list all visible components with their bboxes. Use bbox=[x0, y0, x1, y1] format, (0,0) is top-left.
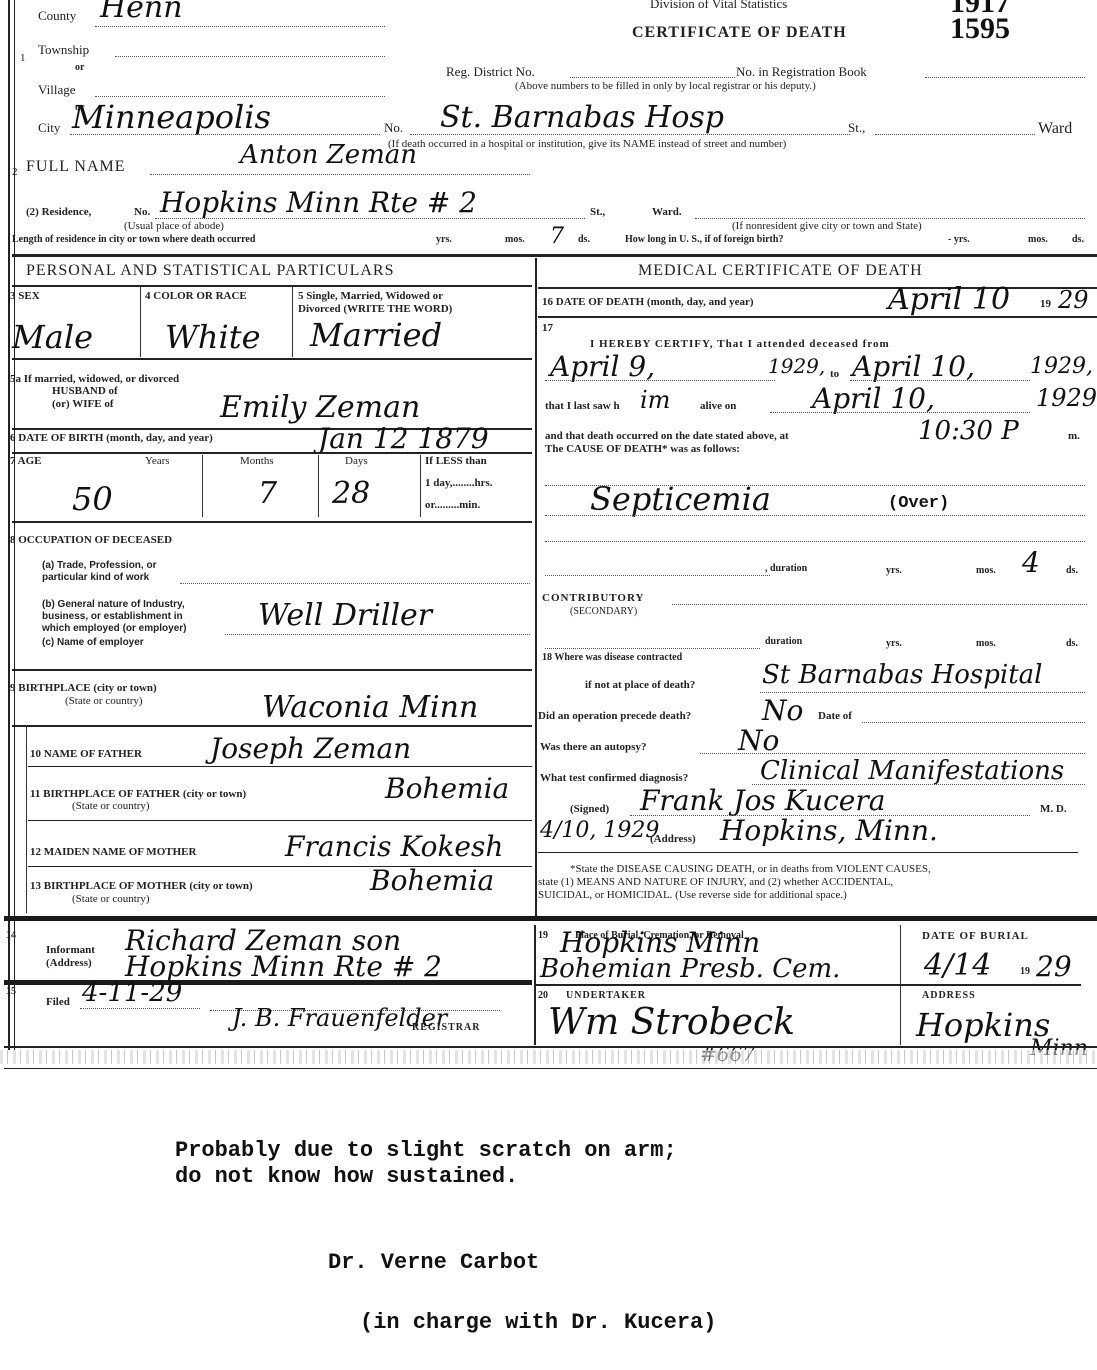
mother-birthplace-label-1: 13 BIRTHPLACE OF MOTHER (city or town) bbox=[30, 880, 253, 892]
row-rule-6 bbox=[12, 725, 532, 727]
mother-name-value: Francis Kokesh bbox=[285, 830, 503, 863]
address-label: (Address) bbox=[650, 833, 696, 845]
undertaker-address-label: ADDRESS bbox=[922, 990, 976, 1001]
spouse-label-3: (or) WIFE of bbox=[52, 398, 114, 410]
left-border bbox=[8, 0, 10, 1050]
burial-date-label: DATE OF BURIAL bbox=[922, 930, 1029, 942]
dod-value: April 10 bbox=[888, 282, 1010, 317]
contracted-line bbox=[760, 692, 1085, 693]
spouse-value: Emily Zeman bbox=[220, 390, 420, 425]
cause-label: The CAUSE OF DEATH* was as follows: bbox=[545, 443, 740, 455]
filed-label: Filed bbox=[46, 996, 70, 1008]
to-label: to bbox=[830, 368, 839, 380]
item-17: 17 bbox=[542, 322, 553, 334]
medical-title-rule bbox=[538, 287, 1097, 289]
burial-place-value-2: Bohemian Presb. Cem. bbox=[540, 954, 840, 984]
residence-value: Hopkins Minn Rte # 2 bbox=[160, 186, 477, 219]
death-time-value: 10:30 P bbox=[918, 416, 1019, 446]
contributory-label: CONTRIBUTORY bbox=[542, 592, 644, 604]
age-months-value: 7 bbox=[258, 476, 277, 511]
us-yrs-label: - yrs. bbox=[948, 234, 970, 245]
duration-ds-label: ds. bbox=[1066, 565, 1078, 576]
md-label: M. D. bbox=[1040, 803, 1067, 815]
full-name-value: Anton Zeman bbox=[240, 140, 417, 170]
medical-section-title: MEDICAL CERTIFICATE OF DEATH bbox=[638, 262, 923, 280]
city-label: City bbox=[38, 120, 60, 136]
attend-to-line bbox=[850, 380, 1030, 381]
death-time-label: and that death occurred on the date stat… bbox=[545, 430, 789, 442]
contributory-line bbox=[672, 604, 1087, 605]
cause-value: Septicemia bbox=[590, 480, 771, 518]
ward-label: Ward bbox=[1038, 120, 1072, 138]
residence-ward-line bbox=[695, 218, 1085, 219]
row-rule-4 bbox=[12, 521, 532, 523]
months-label: Months bbox=[240, 455, 274, 467]
marital-label-2: Divorced (WRITE THE WORD) bbox=[298, 303, 452, 315]
age-years-value: 50 bbox=[72, 480, 113, 518]
file-number: 1595 bbox=[950, 12, 1010, 46]
occupation-a-line bbox=[180, 583, 530, 584]
occupation-value: Well Driller bbox=[258, 598, 432, 633]
dod-rule bbox=[538, 316, 1097, 318]
row-rule-5 bbox=[12, 669, 532, 671]
duration-mos-label: mos. bbox=[976, 565, 996, 576]
sex-value: Male bbox=[12, 318, 93, 356]
residence-line bbox=[155, 218, 585, 219]
item-1: 1 bbox=[20, 52, 26, 64]
burial-year-prefix: 19 bbox=[1020, 966, 1030, 977]
us-label: How long in U. S., if of foreign birth? bbox=[625, 234, 783, 245]
full-name-label: FULL NAME bbox=[26, 158, 126, 176]
m-label: m. bbox=[1068, 430, 1080, 442]
years-months-divider bbox=[202, 455, 203, 517]
us-mos-label: mos. bbox=[1028, 234, 1048, 245]
mother-name-label: 12 MAIDEN NAME OF MOTHER bbox=[30, 846, 196, 858]
residence-ward-label: Ward. bbox=[652, 206, 682, 218]
father-birthplace-label-1: 11 BIRTHPLACE OF FATHER (city or town) bbox=[30, 788, 246, 800]
item-15: 15 bbox=[6, 986, 16, 997]
reg-book-line bbox=[925, 77, 1085, 78]
date-of-label: Date of bbox=[818, 710, 852, 722]
secondary-label: (SECONDARY) bbox=[570, 606, 637, 617]
signed-value: Frank Jos Kucera bbox=[640, 784, 885, 817]
father-birthplace-rule bbox=[28, 820, 532, 821]
last-saw-line bbox=[770, 412, 1030, 413]
duration2-yrs-label: yrs. bbox=[886, 638, 902, 649]
hospital-line bbox=[410, 134, 850, 135]
residence-yrs-label: yrs. bbox=[436, 234, 452, 245]
sex-label: 3 SEX bbox=[10, 290, 40, 302]
note-in-charge: (in charge with Dr. Kucera) bbox=[360, 1310, 716, 1335]
birthplace-value: Waconia Minn bbox=[262, 690, 478, 725]
age-days-value: 28 bbox=[332, 476, 370, 511]
spouse-label-1: 5a If married, widowed, or divorced bbox=[10, 373, 179, 385]
marital-value: Married bbox=[310, 316, 442, 354]
personal-title-rule bbox=[12, 285, 532, 287]
residence-mos-label: mos. bbox=[505, 234, 525, 245]
burial-year: 29 bbox=[1036, 950, 1072, 983]
cause-over-note: (Over) bbox=[888, 494, 949, 513]
duration-yrs-label: yrs. bbox=[886, 565, 902, 576]
dob-value: Jan 12 1879 bbox=[318, 422, 489, 455]
full-name-line bbox=[150, 174, 530, 175]
residence-label: (2) Residence, bbox=[26, 206, 91, 218]
note-line-2: do not know how sustained. bbox=[175, 1164, 518, 1189]
city-line bbox=[70, 134, 380, 135]
informant-label: Informant bbox=[46, 944, 95, 956]
residence-days-value: 7 bbox=[550, 224, 564, 249]
father-birthplace-label-2: (State or country) bbox=[72, 800, 150, 812]
last-saw-label: that I last saw h bbox=[545, 400, 620, 412]
item-19: 19 bbox=[538, 930, 548, 941]
center-divider bbox=[535, 258, 537, 918]
birthplace-label-1: 9 BIRTHPLACE (city or town) bbox=[10, 682, 157, 694]
note-line-1: Probably due to slight scratch on arm; bbox=[175, 1138, 677, 1163]
reg-district-line bbox=[570, 77, 735, 78]
occupation-label: 8 OCCUPATION OF DECEASED bbox=[10, 534, 172, 546]
operation-label: Did an operation precede death? bbox=[538, 710, 691, 722]
filed-line bbox=[80, 1008, 200, 1009]
header-divider bbox=[12, 254, 1097, 257]
father-name-label: 10 NAME OF FATHER bbox=[30, 748, 142, 760]
burial-date-value: 4/14 bbox=[924, 948, 991, 983]
sex-race-divider bbox=[140, 287, 141, 357]
duration2-label: duration bbox=[765, 636, 802, 647]
last-saw-pronoun: im bbox=[640, 386, 670, 414]
nonresident-note: (If nonresident give city or town and St… bbox=[732, 220, 922, 232]
test-value: Clinical Manifestations bbox=[760, 756, 1064, 786]
dod-year: 29 bbox=[1058, 286, 1089, 314]
reg-district-label: Reg. District No. bbox=[446, 64, 535, 80]
physician-address-value: Hopkins, Minn. bbox=[720, 814, 938, 847]
left-border-inner bbox=[14, 0, 15, 1050]
item-14: 14 bbox=[6, 930, 16, 941]
scan-noise-band bbox=[0, 1050, 1097, 1064]
marital-label-1: 5 Single, Married, Widowed or bbox=[298, 290, 443, 302]
mother-birthplace-value: Bohemia bbox=[370, 864, 494, 897]
certify-text: I HEREBY CERTIFY, That I attended deceas… bbox=[590, 338, 890, 350]
cause-line-3 bbox=[545, 541, 1085, 542]
duration-days-value: 4 bbox=[1022, 546, 1040, 579]
certificate-title: CERTIFICATE OF DEATH bbox=[632, 24, 847, 42]
filed-value: 4-11-29 bbox=[82, 978, 182, 1008]
reg-book-label: No. in Registration Book bbox=[736, 64, 867, 80]
address-rule bbox=[538, 852, 1078, 853]
race-value: White bbox=[165, 318, 261, 356]
less-than-label: If LESS than bbox=[425, 455, 487, 467]
informant-address-label: (Address) bbox=[46, 957, 92, 969]
footnote-3: SUICIDAL, or HOMICIDAL. (Use reverse sid… bbox=[538, 889, 847, 901]
attend-from-value: April 9, bbox=[550, 350, 655, 383]
or-label: or bbox=[75, 62, 84, 73]
contracted-value: St Barnabas Hospital bbox=[762, 660, 1042, 690]
age-label: 7 AGE bbox=[10, 455, 41, 467]
st-label: St., bbox=[848, 120, 865, 136]
parents-side-divider bbox=[26, 725, 27, 913]
race-label: 4 COLOR OR RACE bbox=[145, 290, 247, 302]
township-line bbox=[115, 56, 385, 57]
occupation-b-2: business, or establishment in bbox=[42, 611, 183, 622]
autopsy-label: Was there an autopsy? bbox=[540, 741, 646, 753]
row-rule-3 bbox=[12, 452, 532, 454]
days-label: Days bbox=[345, 455, 368, 467]
no-label: No. bbox=[384, 120, 403, 136]
village-label: Village bbox=[38, 82, 75, 98]
spouse-label-2: HUSBAND of bbox=[52, 385, 118, 397]
hospital-value: St. Barnabas Hosp bbox=[440, 100, 724, 135]
residence-st-label: St., bbox=[590, 206, 605, 218]
occupation-b-line bbox=[225, 634, 530, 635]
division-label: Division of Vital Statistics bbox=[650, 0, 787, 12]
duration-line bbox=[545, 575, 770, 576]
occupation-b-1: (b) General nature of Industry, bbox=[42, 599, 185, 610]
less-day-label: 1 day,........hrs. bbox=[425, 477, 493, 489]
attend-from-year: 1929, bbox=[768, 354, 825, 378]
county-line bbox=[95, 26, 385, 27]
attend-to-year: 1929, bbox=[1030, 354, 1093, 379]
years-label: Years bbox=[145, 455, 170, 467]
form-bottom-rule-2 bbox=[4, 1068, 1097, 1069]
contracted-label: 18 Where was disease contracted bbox=[542, 652, 682, 663]
undertaker-label: UNDERTAKER bbox=[566, 990, 646, 1001]
last-saw-year: 1929 bbox=[1036, 384, 1097, 412]
row-rule-1 bbox=[12, 358, 532, 360]
autopsy-line bbox=[700, 753, 1085, 754]
father-rule bbox=[28, 766, 532, 767]
signed-date: 4/10, 1929 bbox=[540, 818, 659, 843]
item-2: 2 bbox=[12, 166, 18, 178]
residence-ds-label: ds. bbox=[578, 234, 590, 245]
father-birthplace-value: Bohemia bbox=[385, 772, 509, 805]
dob-label: 6 DATE OF BIRTH (month, day, and year) bbox=[10, 432, 213, 444]
dod-year-prefix: 19 bbox=[1040, 298, 1051, 310]
abode-note: (Usual place of abode) bbox=[124, 220, 224, 232]
ward-line bbox=[875, 134, 1035, 135]
last-saw-date: April 10, bbox=[812, 382, 935, 415]
footnote-2: state (1) MEANS AND NATURE OF INJURY, an… bbox=[538, 876, 893, 888]
occupation-a-1: (a) Trade, Profession, or bbox=[42, 560, 156, 571]
note-doctor: Dr. Verne Carbot bbox=[328, 1250, 539, 1275]
contracted-label-2: if not at place of death? bbox=[585, 679, 695, 691]
village-line bbox=[95, 96, 385, 97]
cause-line-2 bbox=[545, 515, 1085, 516]
contributory-duration-line bbox=[545, 648, 760, 649]
county-value: Henn bbox=[100, 0, 183, 25]
township-label: Township bbox=[38, 42, 89, 58]
registrar-label: REGISTRAR bbox=[412, 1022, 480, 1033]
test-label: What test confirmed diagnosis? bbox=[540, 772, 688, 784]
burial-rule bbox=[536, 984, 1081, 986]
mother-birthplace-label-2: (State or country) bbox=[72, 893, 150, 905]
attend-from-line bbox=[545, 380, 775, 381]
parents-side-label: PARENTS bbox=[0, 795, 3, 848]
less-min-label: or.........min. bbox=[425, 499, 480, 511]
undertaker-value: Wm Strobeck bbox=[548, 1002, 795, 1043]
race-marital-divider bbox=[292, 287, 293, 357]
attend-to-value: April 10, bbox=[852, 350, 975, 383]
hospital-note: (If death occurred in a hospital or inst… bbox=[388, 138, 786, 150]
alive-on-label: alive on bbox=[700, 400, 736, 412]
dod-label: 16 DATE OF DEATH (month, day, and year) bbox=[542, 296, 754, 308]
footnote-1: *State the DISEASE CAUSING DEATH, or in … bbox=[570, 863, 931, 875]
residence-no-label: No. bbox=[134, 206, 150, 218]
father-name-value: Joseph Zeman bbox=[210, 732, 411, 765]
reg-note: (Above numbers to be filled in only by l… bbox=[515, 80, 816, 92]
birthplace-label-2: (State or country) bbox=[65, 695, 143, 707]
operation-date-line bbox=[862, 722, 1085, 723]
form-bottom-rule bbox=[4, 1046, 1097, 1048]
months-days-divider bbox=[318, 455, 319, 517]
item-20: 20 bbox=[538, 990, 548, 1001]
us-ds-label: ds. bbox=[1072, 234, 1084, 245]
length-of-residence-label: Length of residence in city or town wher… bbox=[12, 234, 255, 245]
occupation-b-3: which employed (or employer) bbox=[42, 623, 186, 634]
duration2-mos-label: mos. bbox=[976, 638, 996, 649]
signed-label: (Signed) bbox=[570, 803, 609, 815]
operation-value: No bbox=[762, 694, 803, 727]
days-less-divider bbox=[420, 455, 421, 517]
occupation-c: (c) Name of employer bbox=[42, 637, 144, 648]
bottom-band-rule bbox=[4, 916, 1097, 921]
county-label: County bbox=[38, 8, 76, 24]
occupation-a-2: particular kind of work bbox=[42, 572, 149, 583]
personal-section-title: PERSONAL AND STATISTICAL PARTICULARS bbox=[26, 262, 394, 280]
duration2-ds-label: ds. bbox=[1066, 638, 1078, 649]
city-value: Minneapolis bbox=[72, 98, 271, 136]
duration-label: , duration bbox=[765, 563, 807, 574]
